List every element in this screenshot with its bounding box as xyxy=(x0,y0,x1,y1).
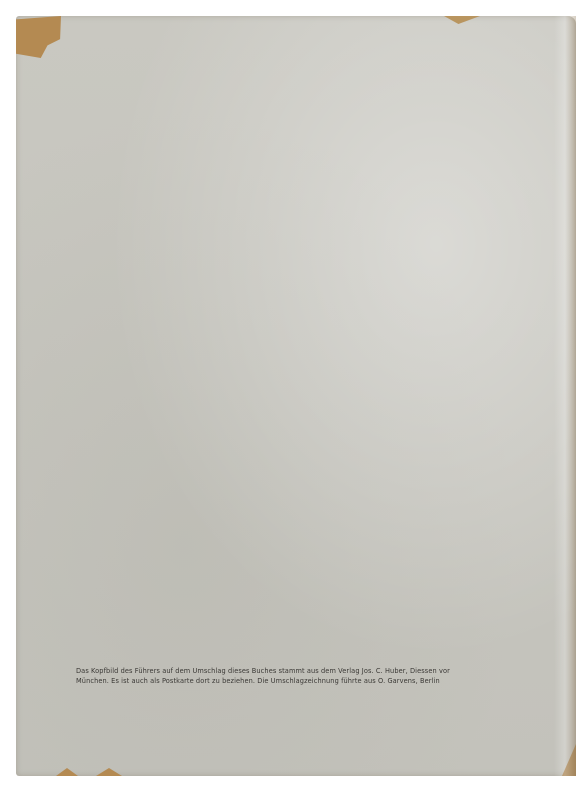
caption-line-2: München. Es ist auch als Postkarte dort … xyxy=(76,676,476,686)
book-back-cover xyxy=(16,16,576,776)
torn-edge-bottom xyxy=(96,768,122,776)
torn-edge-top-right xyxy=(444,16,480,24)
torn-corner-top-left xyxy=(16,16,61,58)
caption-line-1: Das Kopfbild des Führers auf dem Umschla… xyxy=(76,666,476,676)
torn-edge-bottom xyxy=(56,768,78,776)
cover-right-edge xyxy=(554,16,576,776)
publisher-caption: Das Kopfbild des Führers auf dem Umschla… xyxy=(76,666,476,686)
